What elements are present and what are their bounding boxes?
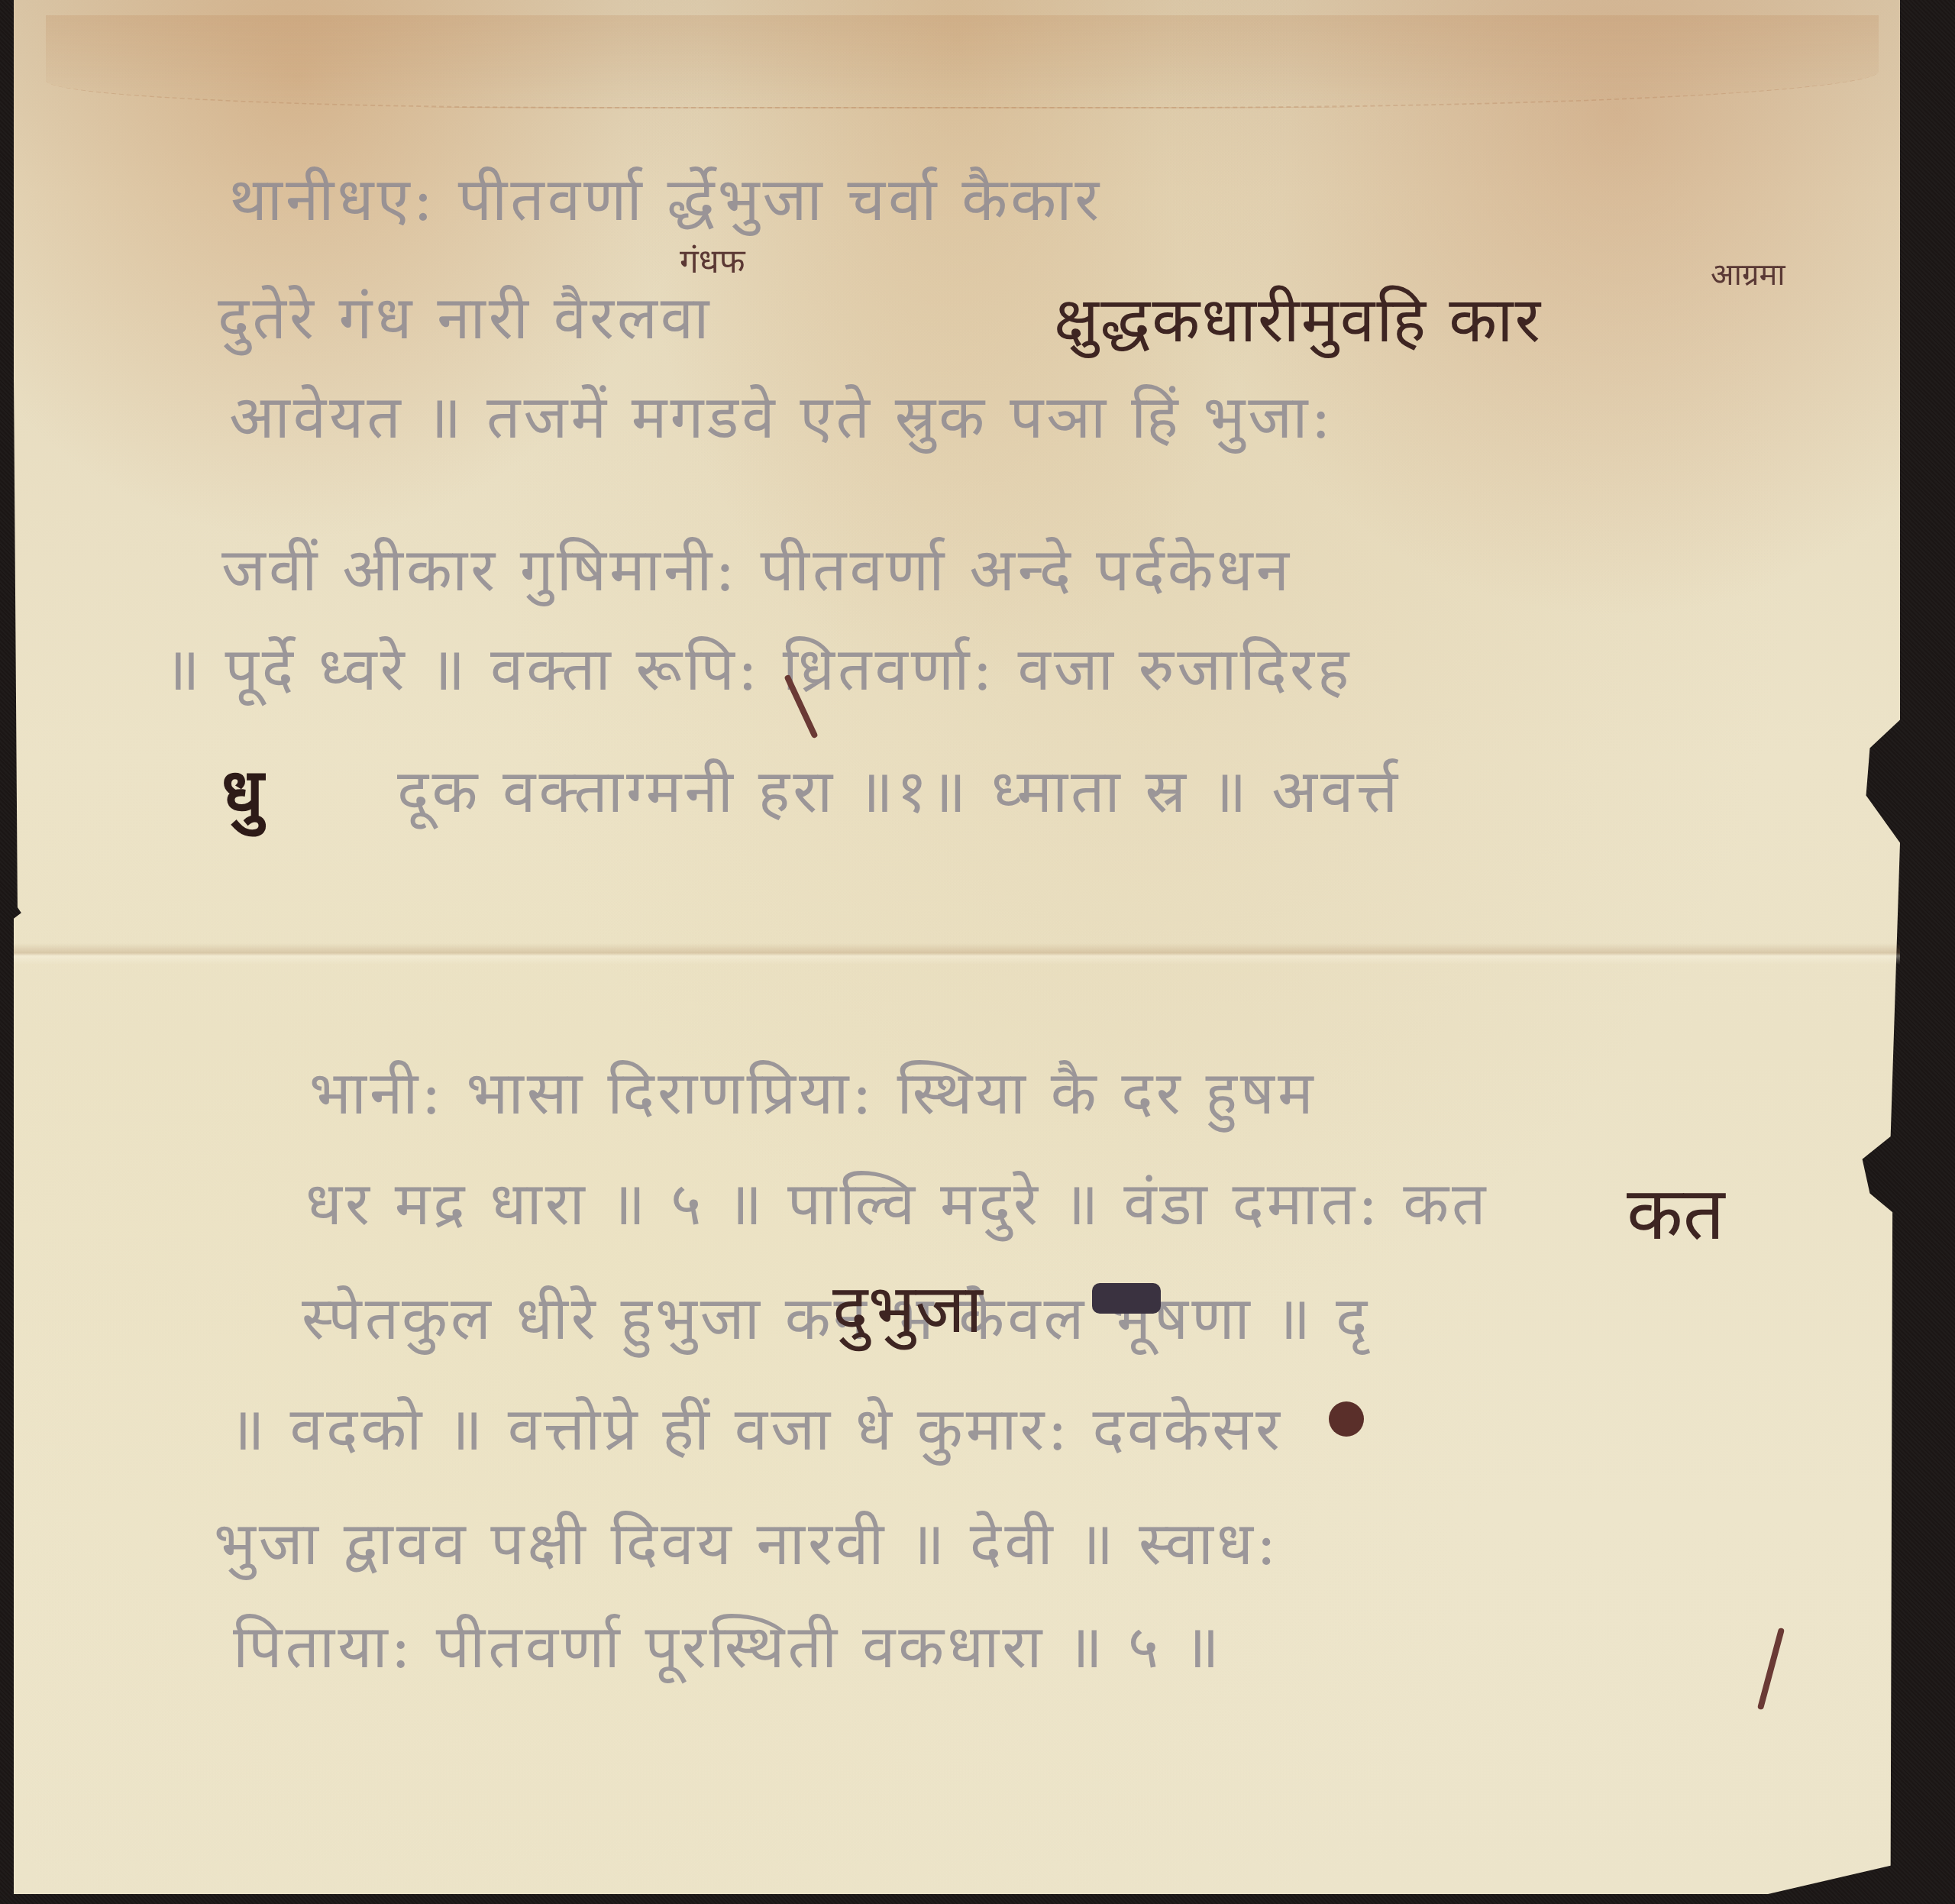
manuscript-line-3: आवेयत ॥ तजमें मगडवे एते स्रुक पञा हिं भु…	[229, 374, 1334, 455]
annotation-margin: आग्रमा	[1711, 252, 1785, 294]
manuscript-line-1: थानीधए: पीतवर्णा र्द्धेभुजा चर्वा कैकार	[229, 157, 1102, 238]
ink-dot	[1329, 1401, 1364, 1437]
manuscript-line-11: भुजा द्वावव पक्षी दिवय नारवी ॥ देवी ॥ स्…	[214, 1501, 1279, 1582]
annotation-dark-phrase: क्षुद्धकधारीमुवहि कार	[1054, 275, 1542, 360]
manuscript-line-10: ॥ वदको ॥ वत्तोप्रे हीं वजा धे कुमार: दवक…	[229, 1386, 1283, 1467]
ink-blot	[1092, 1283, 1161, 1314]
manuscript-line-6: दूक वक्ताग्मनी हरा ॥१॥ ध्माता स्र ॥ अवर्…	[397, 748, 1401, 829]
annotation-gandh: गंधफ	[680, 237, 745, 283]
manuscript-line-4: जवीं अीकार गुषिमानी: पीतवर्णा अन्दे पर्द…	[221, 527, 1292, 608]
water-stain	[46, 15, 1879, 108]
manuscript-line-8: धर मद्र धारा ॥ ५ ॥ पाल्वि मदुरे ॥ वंडा द…	[305, 1161, 1489, 1242]
manuscript-line-7: भानी: भासा दिराणप्रिया: स्थिया कै दर हुष…	[309, 1050, 1317, 1131]
annotation-dubhuja: दुभुजा	[832, 1260, 983, 1352]
manuscript-line-12: पिताया: पीतवर्णा पूरस्थिती वकधारा ॥ ५ ॥	[233, 1604, 1223, 1685]
fold-crease	[14, 943, 1900, 965]
annotation-dhu: धु	[221, 745, 263, 838]
manuscript-line-2: दुतेरे गंध नारी वैरलवा	[218, 275, 712, 356]
manuscript-line-5: ॥ पूर्दे ध्वरे ॥ वक्ता रूपि: ध्रितवर्णा:…	[164, 626, 1352, 707]
annotation-kat: कत	[1627, 1161, 1724, 1261]
